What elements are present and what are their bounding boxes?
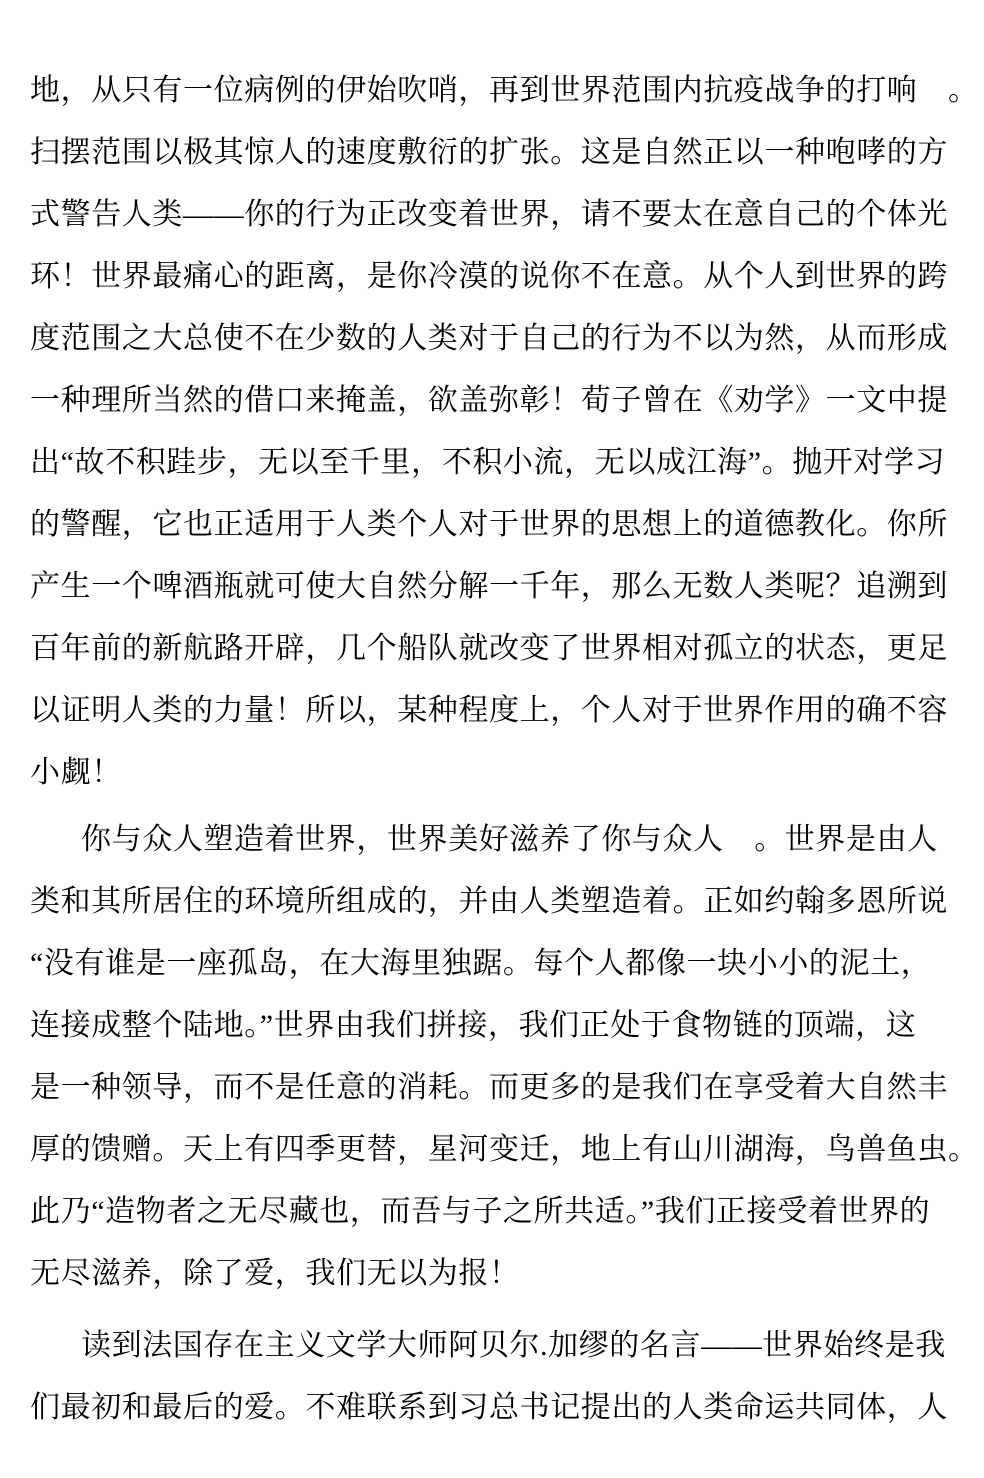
text-line: 读到法国存在主义文学大师阿贝尔.加缪的名言——世界始终是我 xyxy=(30,1315,956,1377)
text-line: 你与众人塑造着世界，世界美好滋养了你与众人 。世界是由人 xyxy=(30,809,956,871)
text-line: 的警醒，它也正适用于人类个人对于世界的思想上的道德教化。你所 xyxy=(30,494,956,556)
text-line: 类和其所居住的环境所组成的，并由人类塑造着。正如约翰多恩所说 xyxy=(30,871,956,933)
text-line: 出“故不积跬步，无以至千里，不积小流，无以成江海”。抛开对学习 xyxy=(30,432,956,494)
text-line: 环！世界最痛心的距离，是你冷漠的说你不在意。从个人到世界的跨 xyxy=(30,246,956,308)
paragraph-2: 你与众人塑造着世界，世界美好滋养了你与众人 。世界是由人类和其所居住的环境所组成… xyxy=(30,809,956,1305)
text-line: 式警告人类——你的行为正改变着世界，请不要太在意自己的个体光 xyxy=(30,184,956,246)
text-line: 度范围之大总使不在少数的人类对于自己的行为不以为然，从而形成 xyxy=(30,308,956,370)
text-line: 扫摆范围以极其惊人的速度敷衍的扩张。这是自然正以一种咆哮的方 xyxy=(30,122,956,184)
text-line: 无尽滋养，除了爱，我们无以为报！ xyxy=(30,1243,956,1305)
text-line: “没有谁是一座孤岛，在大海里独踞。每个人都像一块小小的泥土， xyxy=(30,933,956,995)
paragraph-3: 读到法国存在主义文学大师阿贝尔.加缪的名言——世界始终是我们最初和最后的爱。不难… xyxy=(30,1315,956,1439)
text-line: 小觑！ xyxy=(30,742,956,804)
document-page: 地，从只有一位病例的伊始吹哨，再到世界范围内抗疫战争的打响 。扫摆范围以极其惊人… xyxy=(0,0,984,1478)
text-line: 是一种领导，而不是任意的消耗。而更多的是我们在享受着大自然丰 xyxy=(30,1057,956,1119)
text-line: 地，从只有一位病例的伊始吹哨，再到世界范围内抗疫战争的打响 。 xyxy=(30,60,956,122)
text-line: 产生一个啤酒瓶就可使大自然分解一千年，那么无数人类呢？追溯到 xyxy=(30,556,956,618)
text-line: 一种理所当然的借口来掩盖，欲盖弥彰！荀子曾在《劝学》一文中提 xyxy=(30,370,956,432)
text-line: 连接成整个陆地。”世界由我们拼接，我们正处于食物链的顶端，这 xyxy=(30,995,956,1057)
text-line: 百年前的新航路开辟，几个船队就改变了世界相对孤立的状态，更足 xyxy=(30,618,956,680)
text-line: 以证明人类的力量！所以，某种程度上，个人对于世界作用的确不容 xyxy=(30,680,956,742)
text-line: 此乃“造物者之无尽藏也，而吾与子之所共适。”我们正接受着世界的 xyxy=(30,1181,956,1243)
text-line: 们最初和最后的爱。不难联系到习总书记提出的人类命运共同体，人 xyxy=(30,1377,956,1439)
text-line: 厚的馈赠。天上有四季更替，星河变迁，地上有山川湖海，鸟兽鱼虫。 xyxy=(30,1119,956,1181)
paragraph-1: 地，从只有一位病例的伊始吹哨，再到世界范围内抗疫战争的打响 。扫摆范围以极其惊人… xyxy=(30,60,956,804)
